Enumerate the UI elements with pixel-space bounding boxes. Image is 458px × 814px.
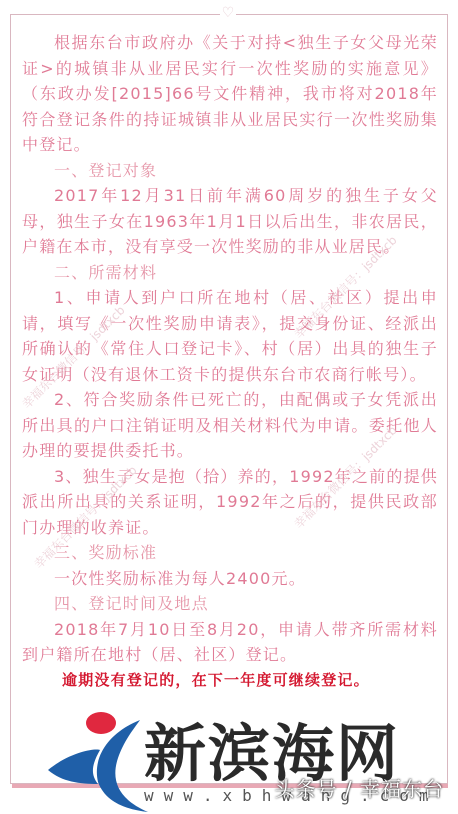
notice-body: 根据东台市政府办《关于对持<独生子女父母光荣证>的城镇非从业居民实行一次性奖励的… (22, 30, 438, 693)
section-heading-4: 四、登记时间及地点 (22, 591, 438, 617)
heart-ornament-icon: ♡ (220, 6, 236, 20)
reward-standard: 一次性奖励标准为每人2400元。 (22, 566, 438, 592)
intro-paragraph: 根据东台市政府办《关于对持<独生子女父母光荣证>的城镇非从业居民实行一次性奖励的… (22, 30, 438, 158)
logo-swoosh-icon (40, 712, 150, 812)
registration-time-place: 2018年7月10日至8月20，申请人带齐所需材料到户籍所在地村（居、社区）登记… (22, 617, 438, 668)
section-heading-3: 三、奖励标准 (22, 540, 438, 566)
late-registration-note: 逾期没有登记的，在下一年度可继续登记。 (22, 668, 438, 694)
author-byline: 头条号 / 幸福东台 (275, 773, 444, 802)
section-heading-1: 一、登记对象 (22, 158, 438, 184)
